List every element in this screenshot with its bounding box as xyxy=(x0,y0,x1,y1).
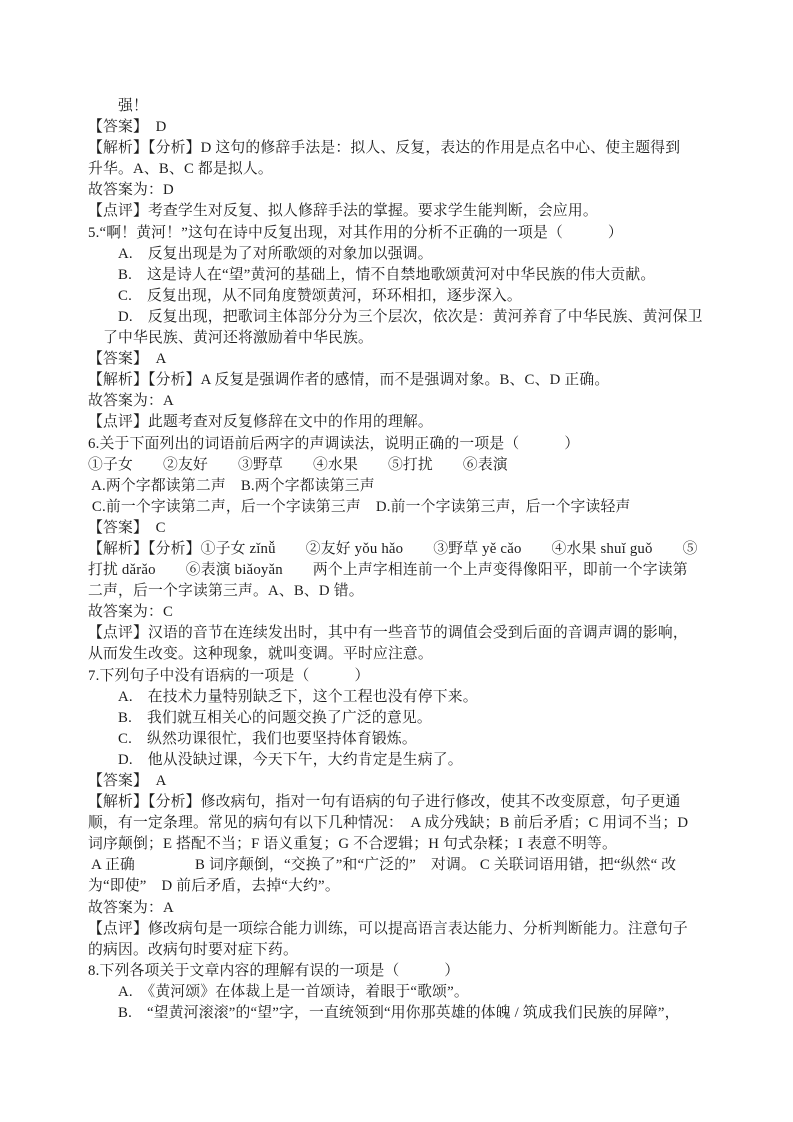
text-line: 8.下列各项关于文章内容的理解有误的一项是（ ） xyxy=(88,961,738,982)
text-line: C.前一个字读第二声，后一个字读第三声 D.前一个字读第三声，后一个字读轻声 xyxy=(88,497,738,518)
text-line: A.两个字都读第二声 B.两个字都读第三声 xyxy=(88,476,738,497)
text-line: 【解析】【分析】A 反复是强调作者的感情，而不是强调对象。B、C、D 正确。 xyxy=(88,370,738,391)
document-page: 强！【答案】 D【解析】【分析】D 这句的修辞手法是：拟人、反复，表达的作用是点… xyxy=(0,0,793,1122)
text-line: 【解析】【分析】D 这句的修辞手法是：拟人、反复，表达的作用是点名中心、使主题得… xyxy=(88,138,738,159)
text-line: 强！ xyxy=(88,96,738,117)
text-line: 【答案】 C xyxy=(88,518,738,539)
text-line: A. 反复出现是为了对所歌颂的对象加以强调。 xyxy=(88,244,738,265)
text-line: 二声，后一个字读第三声。A、B、D 错。 xyxy=(88,581,738,602)
text-line: B. 我们就互相关心的问题交换了广泛的意见。 xyxy=(88,708,738,729)
text-line: 的病因。改病句时要对症下药。 xyxy=(88,940,738,961)
text-line: B. “望黄河滚滚”的“望”字，一直统领到“用你那英雄的体魄 / 筑成我们民族的… xyxy=(88,1003,738,1024)
text-line: 【点评】汉语的音节在连续发出时，其中有一些音节的调值会受到后面的音调声调的影响， xyxy=(88,623,738,644)
text-line: 【解析】【分析】修改病句，指对一句有语病的句子进行修改，使其不改变原意，句子更通 xyxy=(88,792,738,813)
text-line: 升华。A、B、C 都是拟人。 xyxy=(88,159,738,180)
text-line: C. 纵然功课很忙，我们也要坚持体育锻炼。 xyxy=(88,729,738,750)
text-line: A. 在技术力量特别缺乏下，这个工程也没有停下来。 xyxy=(88,687,738,708)
text-line: 词序颠倒；E 搭配不当；F 语义重复；G 不合逻辑；H 句式杂糅；I 表意不明等… xyxy=(88,834,738,855)
text-line: B. 这是诗人在“望”黄河的基础上，情不自禁地歌颂黄河对中华民族的伟大贡献。 xyxy=(88,265,738,286)
text-line: 【解析】【分析】①子女 zǐnǚ ②友好 yǒu hǎo ③野草 yě cǎo … xyxy=(88,539,738,560)
text-line: 故答案为：A xyxy=(88,391,738,412)
document-content: 强！【答案】 D【解析】【分析】D 这句的修辞手法是：拟人、反复，表达的作用是点… xyxy=(88,96,738,1024)
text-line: 【答案】 A xyxy=(88,349,738,370)
text-line: 故答案为：A xyxy=(88,898,738,919)
text-line: 【答案】 A xyxy=(88,771,738,792)
text-line: A 正确 B 词序颠倒，“交换了”和“广泛的” 对调。 C 关联词语用错，把“纵… xyxy=(88,855,738,876)
text-line: ①子女 ②友好 ③野草 ④水果 ⑤打扰 ⑥表演 xyxy=(88,455,738,476)
text-line: 顺，有一定条理。常见的病句有以下几种情况： A 成分残缺；B 前后矛盾；C 用词… xyxy=(88,813,738,834)
text-line: 【答案】 D xyxy=(88,117,738,138)
text-line: C. 反复出现，从不同角度赞颂黄河，环环相扣，逐步深入。 xyxy=(88,286,738,307)
text-line: 【点评】考查学生对反复、拟人修辞手法的掌握。要求学生能判断，会应用。 xyxy=(88,201,738,222)
text-line: 打扰 dǎrǎo ⑥表演 biǎoyǎn 两个上声字相连前一个上声变得像阳平，即… xyxy=(88,560,738,581)
text-line: A. 《黄河颂》在体裁上是一首颂诗，着眼于“歌颂”。 xyxy=(88,982,738,1003)
text-line: 5.“啊！黄河！”这句在诗中反复出现，对其作用的分析不正确的一项是（ ） xyxy=(88,223,738,244)
text-line: 6.关于下面列出的词语前后两字的声调读法，说明正确的一项是（ ） xyxy=(88,434,738,455)
text-line: 【点评】修改病句是一项综合能力训练，可以提高语言表达能力、分析判断能力。注意句子 xyxy=(88,919,738,940)
text-line: D. 反复出现，把歌词主体部分分为三个层次，依次是：黄河养育了中华民族、黄河保卫 xyxy=(88,307,738,328)
text-line: 故答案为：D xyxy=(88,180,738,201)
text-line: 了中华民族、黄河还将激励着中华民族。 xyxy=(88,328,738,349)
text-line: D. 他从没缺过课，今天下午，大约肯定是生病了。 xyxy=(88,750,738,771)
text-line: 从而发生改变。这种现象，就叫变调。平时应注意。 xyxy=(88,644,738,665)
text-line: 7.下列句子中没有语病的一项是（ ） xyxy=(88,666,738,687)
text-line: 为“即使” D 前后矛盾，去掉“大约”。 xyxy=(88,876,738,897)
text-line: 故答案为：C xyxy=(88,602,738,623)
text-line: 【点评】此题考查对反复修辞在文中的作用的理解。 xyxy=(88,412,738,433)
